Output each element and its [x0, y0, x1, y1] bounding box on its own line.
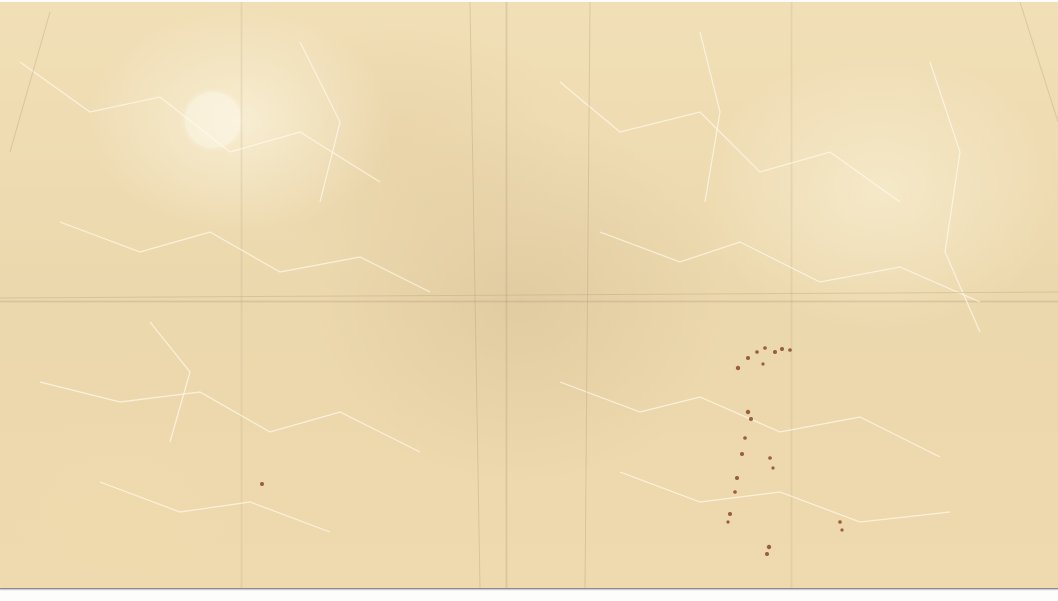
ink-marks	[0, 2, 1058, 588]
aged-paper-note	[0, 2, 1058, 589]
